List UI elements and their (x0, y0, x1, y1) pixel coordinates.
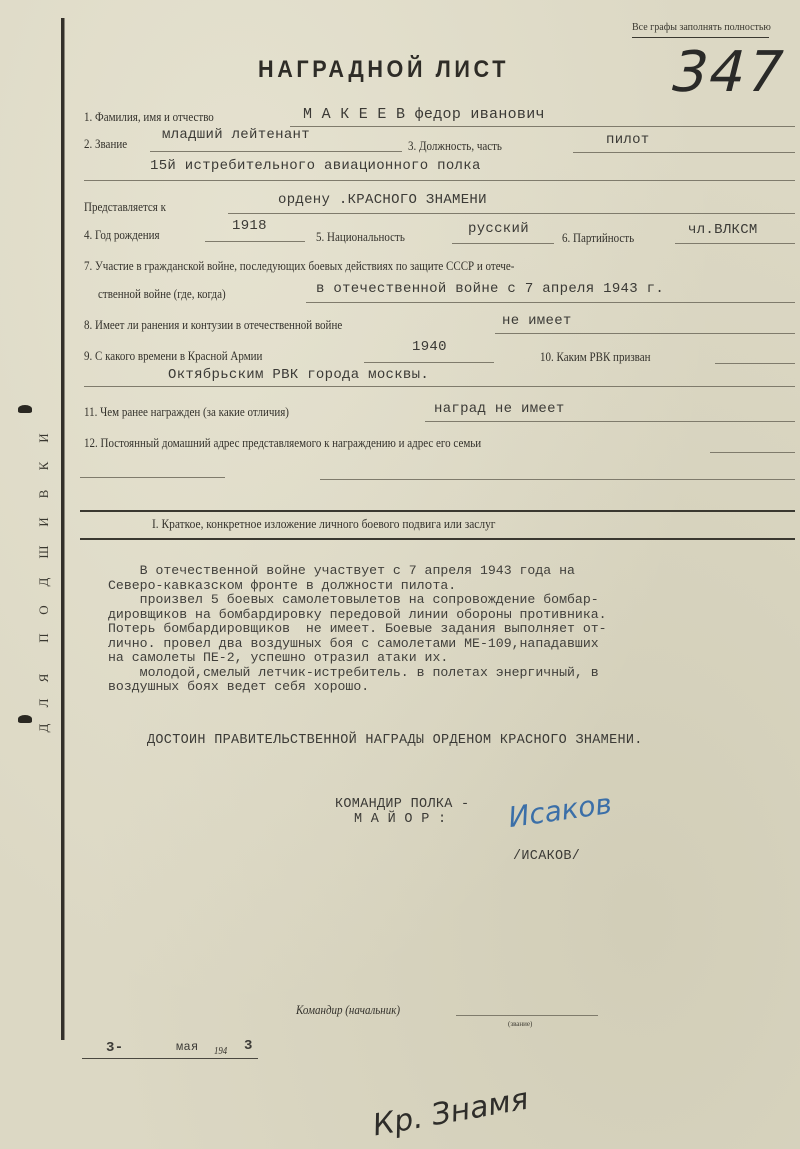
field-6-line (675, 243, 795, 244)
field-11-value: наград не имеет (434, 401, 565, 417)
date-year-line (236, 1058, 258, 1059)
date-year-prefix: 194 (214, 1046, 227, 1057)
field-12-line (710, 452, 795, 453)
handwritten-award-note: Кр. Знамя (370, 1082, 531, 1144)
binding-margin-line-shadow (64, 18, 65, 1040)
award-line (228, 213, 795, 214)
field-10-line2 (84, 386, 795, 387)
binding-label-letter: Д (36, 718, 52, 738)
binding-label-letter: Д (36, 572, 52, 592)
field-9-value: 1940 (412, 339, 447, 355)
commander-signature: Исаков (506, 787, 614, 834)
field-1-value: М А К Е Е В федор иванович (303, 106, 545, 123)
commander-label: Командир (начальник) (296, 1003, 400, 1018)
field-7-label: 7. Участие в гражданской войне, последую… (84, 259, 514, 274)
signatory-title: КОМАНДИР ПОЛКА - (335, 797, 469, 812)
field-11-label: 11. Чем ранее награжден (за какие отличи… (84, 405, 289, 420)
field-3-value: пилот (606, 132, 650, 148)
section-1-body: В отечественной войне участвует с 7 апре… (108, 564, 607, 695)
field-10-line (715, 363, 795, 364)
signatory-rank: М А Й О Р : (354, 812, 446, 827)
binding-label-letter: П (36, 628, 52, 648)
field-5-value: русский (468, 221, 529, 237)
punch-hole-top (18, 405, 32, 413)
body-line: воздушных боях ведет себя хорошо. (108, 680, 607, 695)
body-line: лично. провел два воздушных боя с самоле… (108, 637, 607, 652)
field-12-line2-right (320, 479, 795, 480)
field-1-label: 1. Фамилия, имя и отчество (84, 110, 214, 125)
body-line: дировщиков на бомбардировку передовой ли… (108, 608, 607, 623)
field-3-value-line2: 15й истребительного авиационного полка (150, 158, 481, 174)
field-4-label: 4. Год рождения (84, 228, 160, 243)
rank-caption: (звание) (508, 1020, 532, 1028)
punch-hole-bottom (18, 715, 32, 723)
field-5-label: 5. Национальность (316, 230, 405, 245)
field-1-line (290, 126, 795, 127)
body-line: произвел 5 боевых самолетовылетов на соп… (108, 593, 607, 608)
date-year-suffix: 3 (244, 1038, 253, 1054)
field-7-label-line2: ственной войне (где, когда) (98, 287, 226, 302)
binding-label-letter: К (36, 456, 52, 476)
award-label: Представляется к (84, 200, 166, 215)
date-day: 3- (106, 1040, 123, 1056)
field-7-value: в отечественной войне с 7 апреля 1943 г. (316, 281, 664, 297)
field-3-line (573, 152, 795, 153)
binding-label-letter: Я (36, 668, 52, 688)
section-1-bottom-rule (80, 538, 795, 540)
section-1-heading: I. Краткое, конкретное изложение личного… (152, 516, 495, 532)
award-value: ордену .КРАСНОГО ЗНАМЕНИ (278, 192, 487, 208)
field-2-value: младший лейтенант (162, 127, 310, 143)
document-title: НАГРАДНОЙ ЛИСТ (258, 56, 509, 84)
body-line: Потерь бомбардировщиков не имеет. Боевые… (108, 622, 607, 637)
recommendation-conclusion: ДОСТОИН ПРАВИТЕЛЬСТВЕННОЙ НАГРАДЫ ОРДЕНО… (147, 733, 643, 748)
field-11-line (425, 421, 795, 422)
field-4-value: 1918 (232, 218, 267, 234)
field-2-label: 2. Звание (84, 137, 127, 152)
field-2-line (150, 151, 402, 152)
binding-label-letter: И (36, 512, 52, 532)
body-line: молодой,смелый летчик-истребитель. в пол… (108, 666, 607, 681)
field-3-line2 (84, 180, 795, 181)
field-9-label: 9. С какого времени в Красной Армии (84, 349, 262, 364)
binding-label-letter: Ш (36, 542, 52, 562)
binding-label-letter: Л (36, 693, 52, 713)
handwritten-record-number: 347 (664, 40, 793, 105)
field-4-line (205, 241, 305, 242)
signatory-name: /ИСАКОВ/ (513, 849, 580, 864)
commander-line (456, 1015, 598, 1016)
field-9-line (364, 362, 494, 363)
field-8-line (495, 333, 795, 334)
field-6-label: 6. Партийность (562, 231, 634, 246)
field-10-label: 10. Каким РВК призван (540, 350, 650, 365)
field-10-value: Октябрьским РВК города москвы. (168, 367, 429, 383)
binding-label-letter: О (36, 600, 52, 620)
fill-all-fields-instruction: Все графы заполнять полностью (632, 22, 771, 33)
field-8-label: 8. Имеет ли ранения и контузии в отечест… (84, 318, 342, 333)
binding-label-letter: В (36, 484, 52, 504)
field-12-line2-left (80, 477, 225, 478)
binding-label: Д Л Я П О Д Ш И В К И (34, 390, 54, 735)
field-7-line (306, 302, 795, 303)
field-5-line (452, 243, 554, 244)
field-3-label: 3. Должность, часть (408, 139, 502, 154)
date-day-line (82, 1058, 247, 1059)
binding-label-letter: И (36, 428, 52, 448)
body-line: Северо-кавказском фронте в должности пил… (108, 579, 607, 594)
body-line: на самолеты ПЕ-2, успешно отразил атаки … (108, 651, 607, 666)
field-6-value: чл.ВЛКСМ (688, 222, 758, 238)
field-8-value: не имеет (502, 313, 572, 329)
field-12-label: 12. Постоянный домашний адрес представля… (84, 436, 481, 451)
body-line: В отечественной войне участвует с 7 апре… (108, 564, 607, 579)
instruction-underline (632, 37, 769, 38)
date-month: мая (176, 1040, 199, 1054)
section-1-top-rule (80, 510, 795, 512)
